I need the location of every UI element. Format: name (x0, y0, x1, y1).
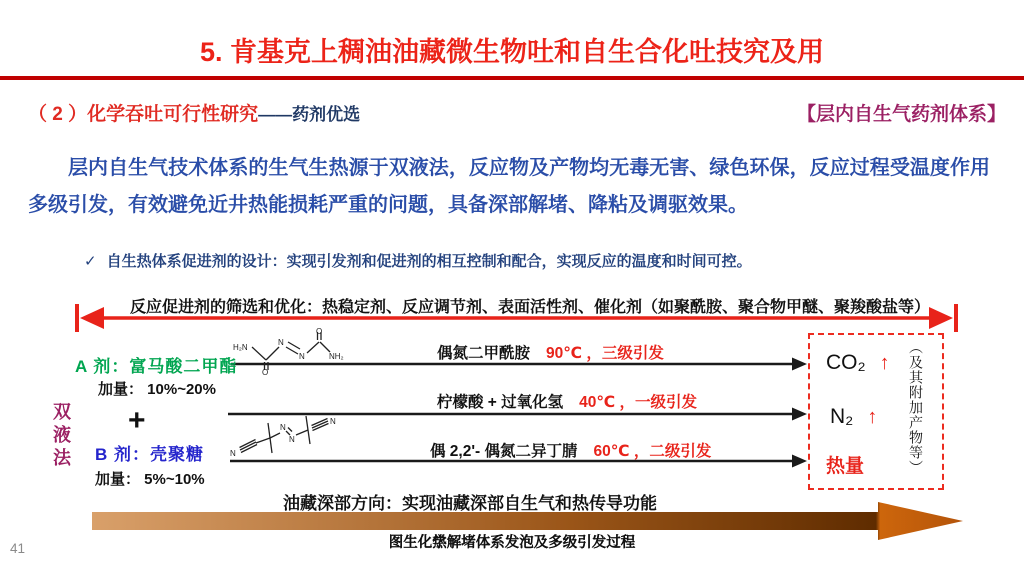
screening-label: 反应促进剂的筛选和优化：热稳定剂、反应调节剂、表面活性剂、催化剂（如聚酰胺、聚合… (100, 294, 960, 317)
section-heading: （ 2 ）化学吞吐可行性研究——药剂优选 (28, 99, 360, 126)
svg-text:N: N (280, 423, 286, 432)
check-icon: ✓ (84, 253, 97, 270)
reaction-row-3: 偶 2,2'- 偶氮二异丁腈60℃ ，二级引发 (430, 439, 711, 461)
page-number: 41 (10, 541, 25, 556)
azodicarbonamide-structure: H₂N O N N O NH₂ (232, 326, 344, 376)
bullet-text: 自生热体系促进剂的设计：实现引发剂和促进剂的相互控制和配合，实现反应的温度和时间… (107, 253, 752, 270)
reagent-2: 柠檬酸 + 过氧化氢 (437, 394, 563, 411)
presentation-slide: 5. 肯基克上稠油油藏微生物吐和自生合化吐技究及用 （ 2 ）化学吞吐可行性研究… (0, 0, 1024, 576)
reagent-3: 偶 2,2'- 偶氮二异丁腈 (430, 443, 578, 460)
atom-n2: N (299, 352, 305, 361)
section-heading-main: （ 2 ）化学吞吐可行性研究 (28, 104, 258, 125)
section-heading-suffix: ——药剂优选 (258, 105, 360, 124)
condition-2: 40℃ ，一级引发 (579, 394, 697, 411)
atom-o-bottom: O (262, 368, 268, 376)
up-arrow-icon: ↑ (880, 352, 890, 374)
atom-h2n: H₂N (233, 343, 248, 352)
aibn-structure: N N N N (228, 414, 350, 460)
co2-label: CO₂ (826, 351, 866, 374)
reagent-1: 偶氮二甲酰胺 (437, 345, 530, 362)
condition-1: 90℃ ，三级引发 (546, 345, 664, 362)
figure-caption-layer-2: 图生化热解堵体系发泡及多级引发过程 (0, 531, 1024, 552)
n2-label: N₂ (830, 405, 853, 428)
reaction-row-1: 偶氮二甲酰胺90℃ ，三级引发 (437, 341, 664, 363)
depth-direction-label: 油藏深部方向：实现油藏深部自生气和热传导功能 (150, 489, 790, 514)
figure-caption: 图生化学解堵体系发泡及多级引发过程 图生化热解堵体系发泡及多级引发过程 (0, 531, 1024, 553)
dual-liquid-method-label: 双液法 (48, 402, 74, 498)
atom-n1: N (278, 338, 284, 347)
reaction-row-2: 柠檬酸 + 过氧化氢40℃ ，一级引发 (437, 390, 697, 412)
agent-a-dosage: 加量： 10%~20% (98, 378, 216, 399)
byproducts-note-vertical: （及其附加产物等） (906, 340, 926, 485)
products-box: CO₂↑ N₂↑ 热量 （及其附加产物等） (808, 333, 944, 490)
slide-title: 5. 肯基克上稠油油藏微生物吐和自生合化吐技究及用 (0, 30, 1024, 69)
atom-n-right: N (330, 417, 336, 426)
agent-b-dosage: 加量： 5%~10% (95, 468, 205, 489)
atom-nh2: NH₂ (329, 352, 344, 361)
title-divider (0, 76, 1024, 80)
product-heat: 热量 (826, 451, 864, 478)
atom-n-left: N (230, 449, 236, 458)
product-n2: N₂↑ (830, 405, 877, 429)
bullet-line: ✓自生热体系促进剂的设计：实现引发剂和促进剂的相互控制和配合，实现反应的温度和时… (84, 250, 964, 271)
condition-3: 60℃ ，二级引发 (594, 443, 712, 460)
intro-paragraph: 层内自生气技术体系的生气生热源于双液法，反应物及产物均无毒无害、绿色环保，反应过… (28, 150, 990, 224)
atom-o-top: O (316, 327, 322, 336)
product-co2: CO₂↑ (826, 351, 890, 375)
agent-a-name: A 剂：富马酸二甲酯 (75, 352, 237, 377)
agent-b-name: B 剂：壳聚糖 (95, 440, 204, 465)
up-arrow-icon: ↑ (867, 406, 877, 428)
section-tag: 【层内自生气药剂体系】 (797, 99, 1006, 126)
svg-text:N: N (289, 435, 295, 444)
plus-sign: + (128, 404, 146, 438)
